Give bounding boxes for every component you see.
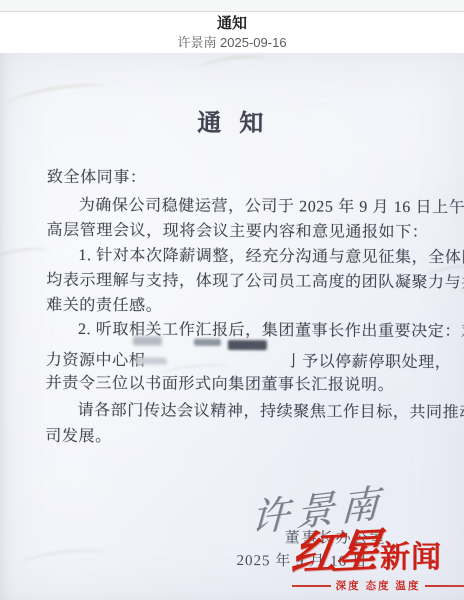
logo-text-xinwen: 新闻 — [380, 541, 442, 575]
article-byline: 许景南 2025-09-16 — [0, 34, 464, 51]
tagline-text: 深度 态度 温度 — [331, 578, 426, 593]
doc-line-fragment: 亅予以停薪停职处理， — [285, 353, 451, 371]
redstar-news-logo: 红星 新闻 深度 态度 温度 — [292, 531, 464, 593]
logo-text-hongxing: 红星 — [288, 529, 380, 577]
article-title: 通知 — [0, 14, 464, 33]
article-header: 通知 许景南 2025-09-16 — [0, 12, 464, 53]
doc-salutation: 致全体同事： — [47, 164, 427, 189]
doc-line: 难关的责任感。 — [46, 292, 426, 317]
tagline-dash — [292, 585, 331, 587]
doc-title: 通 知 — [1, 102, 464, 140]
doc-line: 为确保公司稳健运营，公司于 2025 年 9 月 16 日上午召开 — [47, 192, 459, 218]
doc-line: 1. 针对本次降薪调整，经充分沟通与意见征集，全体同事 — [46, 242, 458, 268]
redstar-logo-tagline: 深度 态度 温度 — [292, 578, 464, 593]
doc-line: 2. 听取相关工作汇报后，集团董事长作出重要决定：对人 — [46, 316, 458, 342]
doc-line: 高层管理会议，现将会议主要内容和意见通报如下： — [47, 217, 427, 242]
doc-line: 请各部门传达会议精神，持续聚焦工作目标，共同推动公 — [45, 397, 457, 423]
doc-line: 并责令三位以书面形式向集团董事长汇报说明。 — [46, 370, 426, 395]
doc-line-fragment: 力资源中心相 — [46, 352, 146, 370]
notice-photo[interactable]: 通 知 致全体同事： 为确保公司稳健运营，公司于 2025 年 9 月 16 日… — [0, 53, 464, 600]
tagline-dash — [425, 585, 464, 587]
status-strip — [0, 0, 464, 12]
notice-document: 通 知 致全体同事： 为确保公司稳健运营，公司于 2025 年 9 月 16 日… — [0, 53, 464, 600]
doc-line: 司发展。 — [45, 423, 425, 448]
doc-line: 均表示理解与支持，体现了公司员工高度的团队凝聚力与共渡 — [46, 267, 426, 292]
redacted-gap — [145, 365, 285, 366]
doc-line-redacted: 力资源中心相亅予以停薪停职处理， — [46, 347, 426, 372]
redstar-logo-wordmark: 红星 新闻 — [292, 531, 464, 575]
